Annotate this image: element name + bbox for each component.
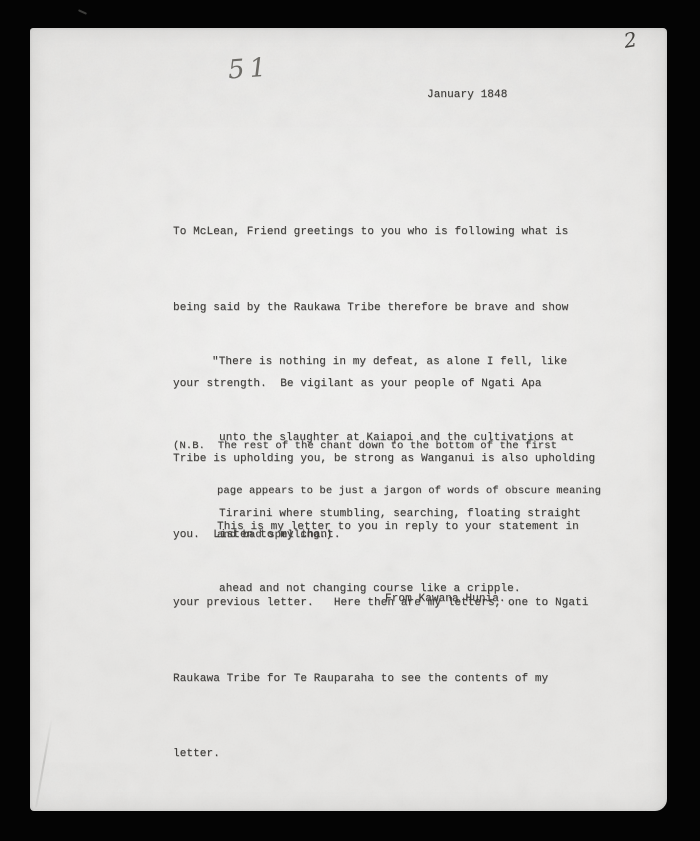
handwritten-folio-number: 51 — [227, 53, 272, 86]
closing-paragraph: This is my letter to you in reply to you… — [173, 465, 588, 818]
letter-line: This is my letter to you in reply to you… — [173, 515, 588, 540]
signature-line: From Kawana Hunia. — [385, 592, 506, 606]
note-line: (N.B. The rest of the chant down to the … — [173, 439, 601, 454]
date-line: January 1848 — [427, 88, 507, 102]
paper-crease — [35, 717, 53, 808]
letter-line: your previous letter. Here then are my l… — [173, 591, 588, 616]
chant-line: "There is nothing in my defeat, as alone… — [212, 350, 581, 375]
scan-background: 51 2 January 1848 To McLean, Friend gree… — [0, 0, 700, 841]
dust-speck — [78, 9, 87, 14]
letter-line: letter. — [173, 742, 588, 767]
letter-page: 51 2 January 1848 To McLean, Friend gree… — [30, 28, 667, 811]
letter-line: To McLean, Friend greetings to you who i… — [173, 220, 595, 245]
letter-line: Raukawa Tribe for Te Rauparaha to see th… — [173, 667, 588, 692]
handwritten-page-number: 2 — [622, 27, 638, 53]
